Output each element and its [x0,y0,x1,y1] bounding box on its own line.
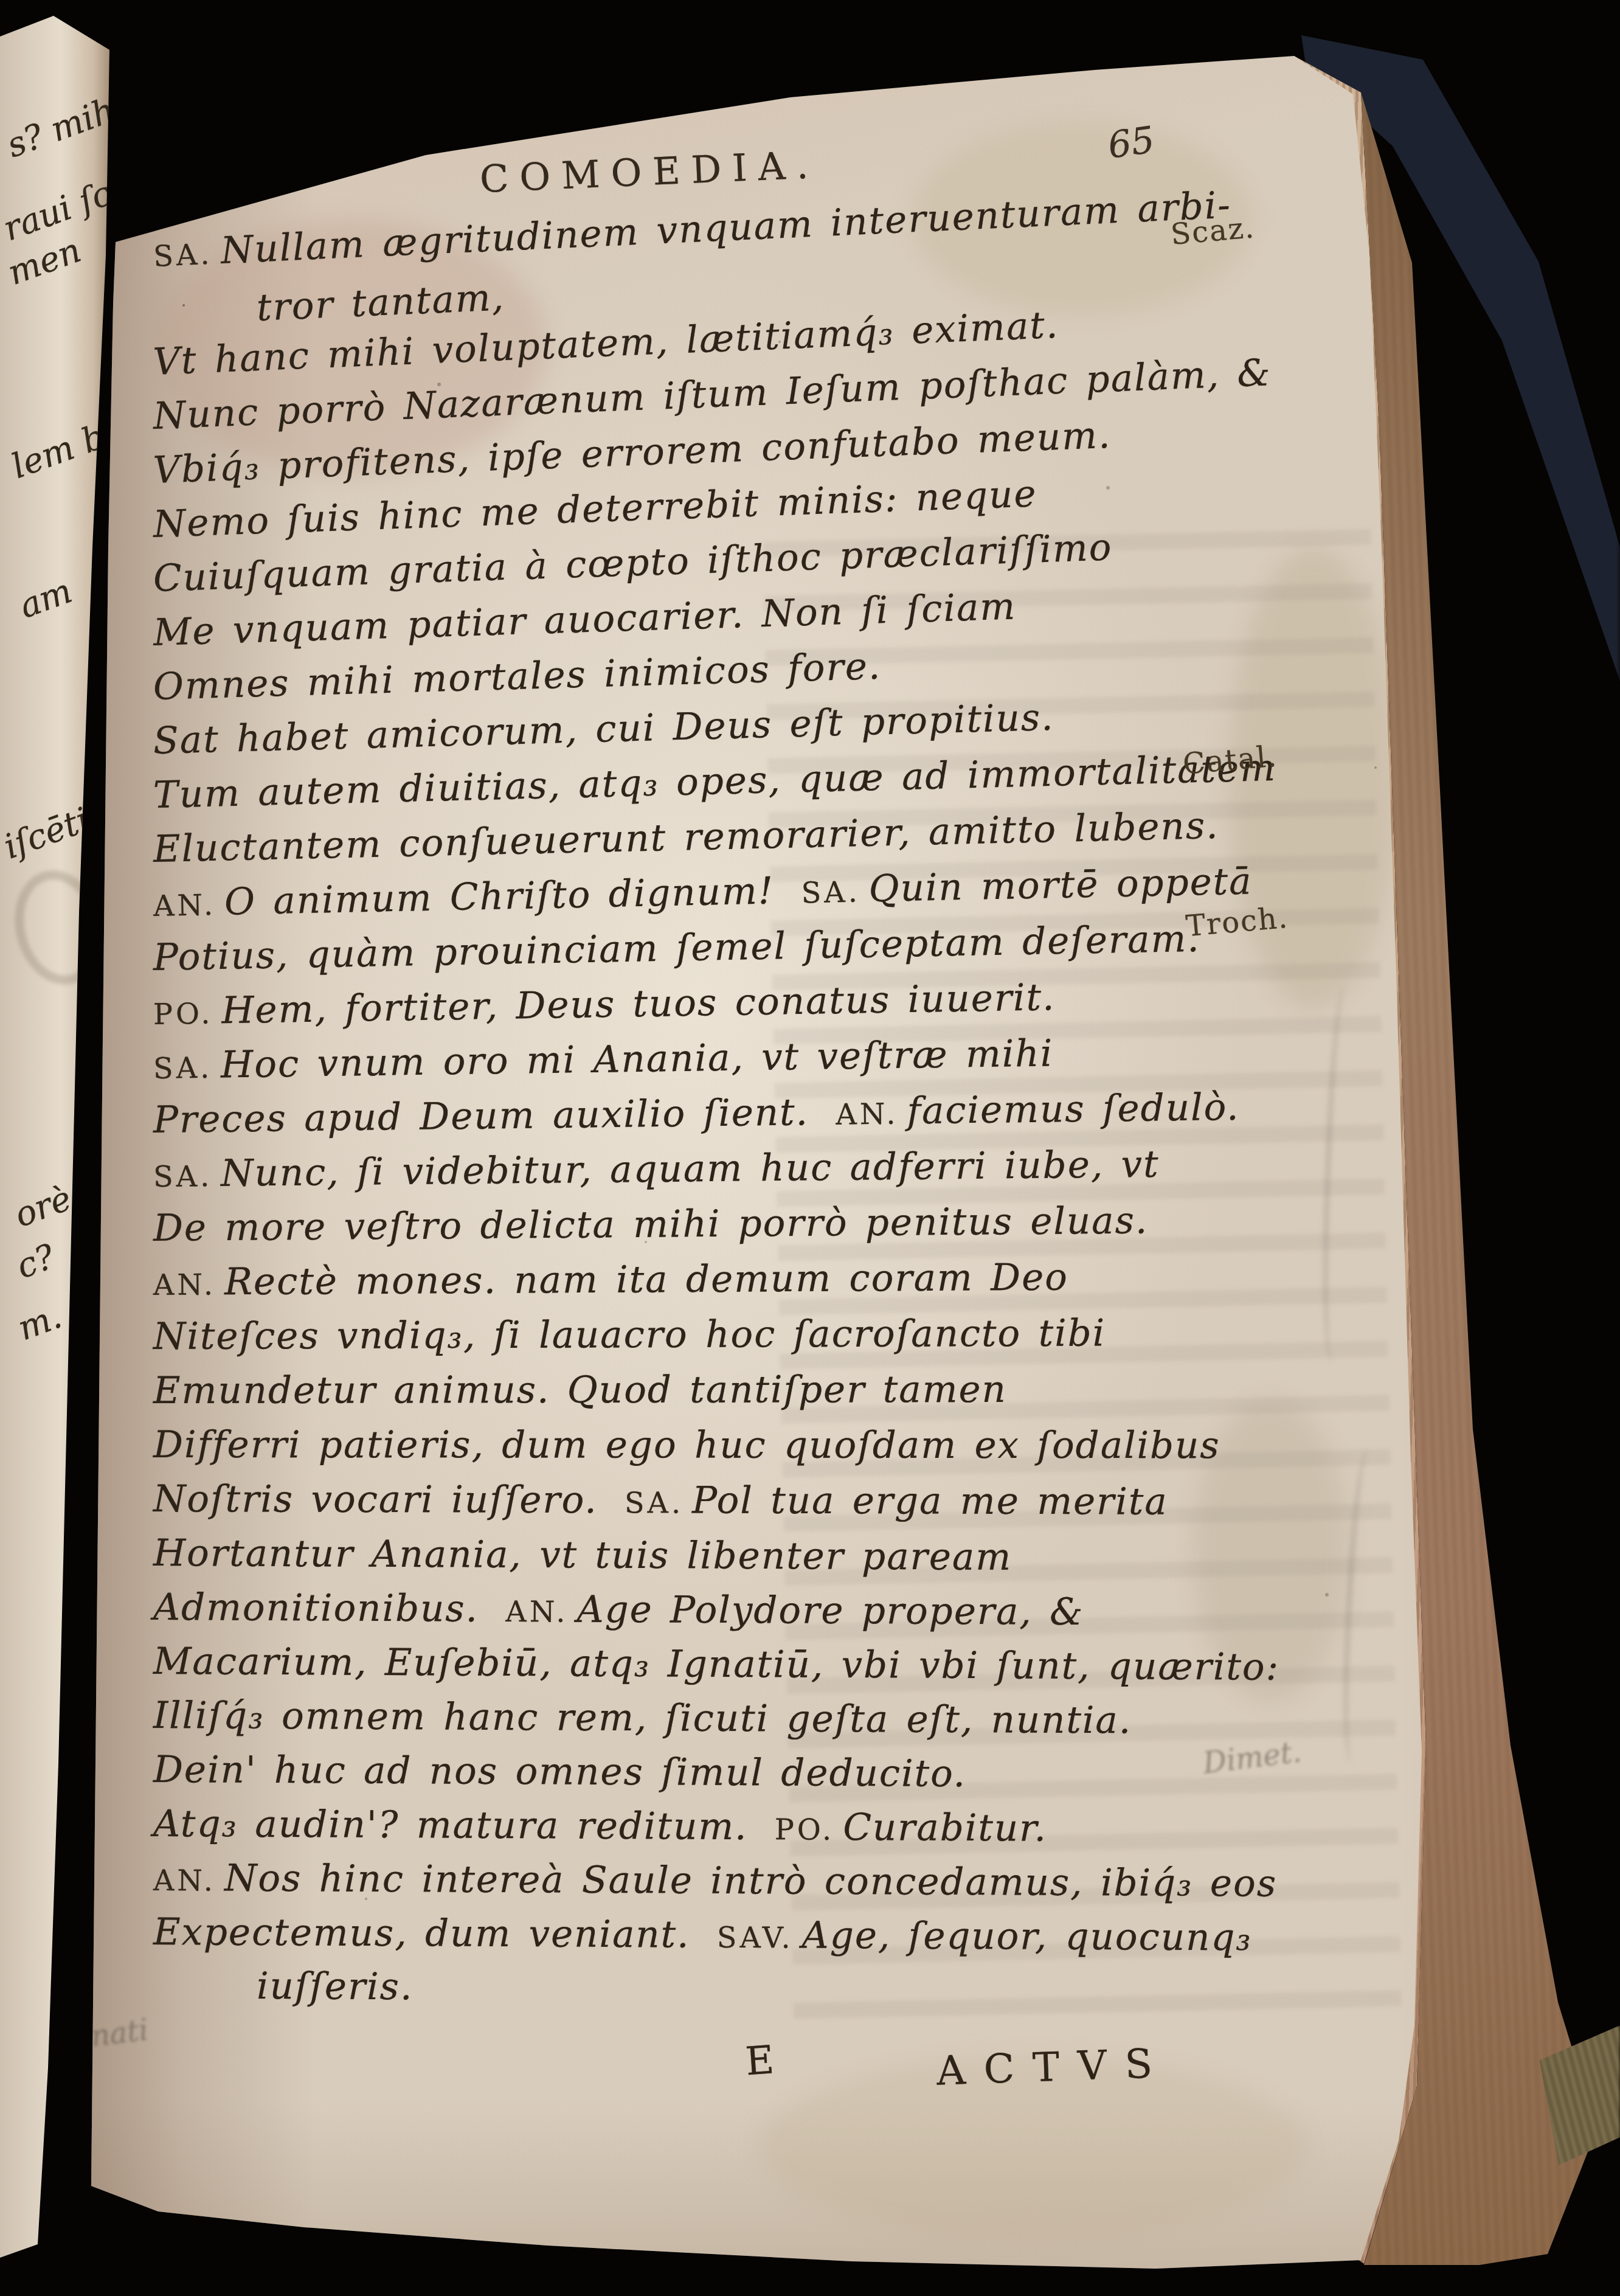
verse-text: De more veſtro delicta mihi porrò penitu… [153,1199,1149,1250]
verse-text: Age, ſequor, quocunq₃ [802,1914,1253,1960]
verse-text: Atq₃ audin'? matura reditum. [153,1802,765,1848]
text-line: iuſſeris. [257,1965,414,2008]
verse-text: Sat habet amicorum, cui Deus eſt propiti… [153,696,1054,763]
speaker-abbr: AN. [836,1097,899,1131]
verse-text: Noſtris vocari iuſſero. [153,1477,615,1522]
text-line: Noſtris vocari iuſſero. SA.Pol tua erga … [153,1477,1168,1524]
verse-text: Pol tua erga me merita [692,1479,1168,1523]
text-line: Dein' huc ad nos omnes ſimul deducito. [153,1748,966,1795]
text-line: Sat habet amicorum, cui Deus eſt propiti… [153,696,1054,763]
verse-text: Macarium, Euſebiū, atq₃ Ignatiū, vbi vbi… [153,1640,1279,1689]
verse-text: Hortantur Anania, vt tuis libenter parea… [153,1531,1012,1579]
ink-show-through [1319,985,1361,1362]
verse-text: Hoc vnum oro mi Anania, vt veſtræ mihi [221,1032,1054,1086]
verse-text: Rectè mones. nam ita demum coram Deo [224,1256,1068,1304]
text-line: AN.Rectè mones. nam ita demum coram Deo [153,1256,1068,1304]
speaker-abbr: SAV. [717,1921,794,1955]
verse-text: Illiſq́₃ omnem hanc rem, ſicuti geſta eſ… [153,1694,1132,1742]
facing-page-fragment: c? [12,1236,60,1286]
running-header: COMOEDIA. [466,142,833,202]
fore-edge-corner [1532,2025,1620,2165]
verse-text: Preces apud Deum auxilio ſient. [153,1091,826,1142]
speaker-abbr: AN. [153,1864,216,1898]
verse-text: Niteſces vndiq₃, ſi lauacro hoc ſacroſan… [153,1312,1106,1358]
text-line: Emundetur animus. Quod tantiſper tamen [153,1368,1007,1412]
text-line: Omnes mihi mortales inimicos fore. [153,645,882,709]
text-line: De more veſtro delicta mihi porrò penitu… [153,1199,1149,1250]
book-photograph: COMOEDIA. 65 SA.Nullam ægritudinem vnqua… [0,0,1620,2296]
speaker-abbr: PO. [153,997,213,1032]
facing-page-fragment: orè [10,1179,77,1235]
verse-text: Nos hinc intereà Saule intrò concedamus,… [224,1857,1277,1906]
verse-text: Nullam ægritudinem vnquam interuenturam … [220,184,1232,272]
verse-text: faciemus ſedulò. [907,1086,1240,1132]
ghost-text: Ignati [59,2013,150,2057]
text-line: Differri patieris, dum ego huc quoſdam e… [153,1423,1220,1467]
page: COMOEDIA. 65 SA.Nullam ægritudinem vnqua… [0,0,1620,2296]
verse-text: Curabitur. [843,1806,1047,1850]
text-line: tror tantam, [255,276,505,330]
text-line: Expectemus, dum veniant. SAV.Age, ſequor… [153,1910,1252,1959]
text-line: AN.O animum Chriſto dignum! SA.Quin mort… [153,859,1253,925]
text-line: PO.Hem, fortiter, Deus tuos conatus iuue… [153,976,1056,1033]
text-line: Illiſq́₃ omnem hanc rem, ſicuti geſta eſ… [153,1694,1132,1742]
margin-note: Scaz. [1169,210,1256,252]
verse-text: Differri patieris, dum ego huc quoſdam e… [153,1423,1220,1467]
text-line: SA.Nullam ægritudinem vnquam interuentur… [152,184,1232,276]
ghost-text: Dimet. [1201,1735,1303,1780]
text-line: Atq₃ audin'? matura reditum. PO.Curabitu… [153,1802,1047,1850]
verse-text: Hem, fortiter, Deus tuos conatus iuuerit… [221,976,1056,1032]
ink-show-through [1338,1447,1383,1764]
speaker-abbr: SA. [801,875,860,910]
speaker-abbr: SA. [153,1160,213,1194]
text-line: Hortantur Anania, vt tuis libenter parea… [153,1531,1012,1579]
paper-speck [182,304,185,307]
facing-page-fragment: am [14,571,77,626]
signature-mark: E [744,2038,775,2084]
text-line: Potius, quàm prouinciam ſemel ſuſceptam … [153,917,1200,979]
text-line: SA.Nunc, ſi videbitur, aquam huc adferri… [153,1143,1160,1196]
facing-page-fragment: s? mihi [2,86,131,165]
text-line: Preces apud Deum auxilio ſient. AN.facie… [153,1086,1240,1142]
initial-letter-ghost [3,861,115,994]
speaker-abbr: SA. [153,1052,213,1086]
verse-text: Quin mortē oppetā [868,859,1253,910]
text-line: Eluctantem conſueuerunt remorarier, amit… [153,804,1219,871]
speaker-abbr: SA. [625,1486,684,1520]
facing-page-fragment: m. [13,1297,67,1348]
verse-text: Expectemus, dum veniant. [153,1910,707,1957]
speaker-abbr: AN. [153,889,216,923]
verse-text: Potius, quàm prouinciam ſemel ſuſceptam … [153,917,1200,979]
page-number: 65 [1106,119,1157,167]
verse-text: Eluctantem conſueuerunt remorarier, amit… [153,804,1219,871]
speaker-abbr: AN. [153,1268,216,1302]
speaker-abbr: PO. [775,1813,835,1847]
verse-text: Age Polydore propera, & [576,1588,1084,1634]
verse-text: O animum Chriſto dignum! [224,869,792,924]
text-line: SA.Hoc vnum oro mi Anania, vt veſtræ mih… [153,1032,1054,1087]
text-line: Niteſces vndiq₃, ſi lauacro hoc ſacroſan… [153,1312,1106,1358]
verse-text: tror tantam, [255,276,505,330]
verse-text: Dein' huc ad nos omnes ſimul deducito. [153,1748,966,1795]
text-line: Macarium, Euſebiū, atq₃ Ignatiū, vbi vbi… [153,1640,1279,1689]
catchword: ACTVS [936,2039,1172,2094]
verse-text: iuſſeris. [257,1965,414,2008]
verse-text: Omnes mihi mortales inimicos fore. [153,645,882,709]
verse-text: Emundetur animus. Quod tantiſper tamen [153,1368,1007,1412]
verse-text: Admonitionibus. [153,1586,496,1631]
speaker-abbr: SA. [153,238,213,274]
speaker-abbr: AN. [505,1595,568,1629]
margin-note: Troch. [1185,901,1290,944]
text-line: Admonitionibus. AN.Age Polydore propera,… [153,1586,1084,1634]
text-line: AN.Nos hinc intereà Saule intrò concedam… [153,1856,1277,1906]
verse-text: Nunc, ſi videbitur, aquam huc adferri iu… [221,1143,1160,1195]
